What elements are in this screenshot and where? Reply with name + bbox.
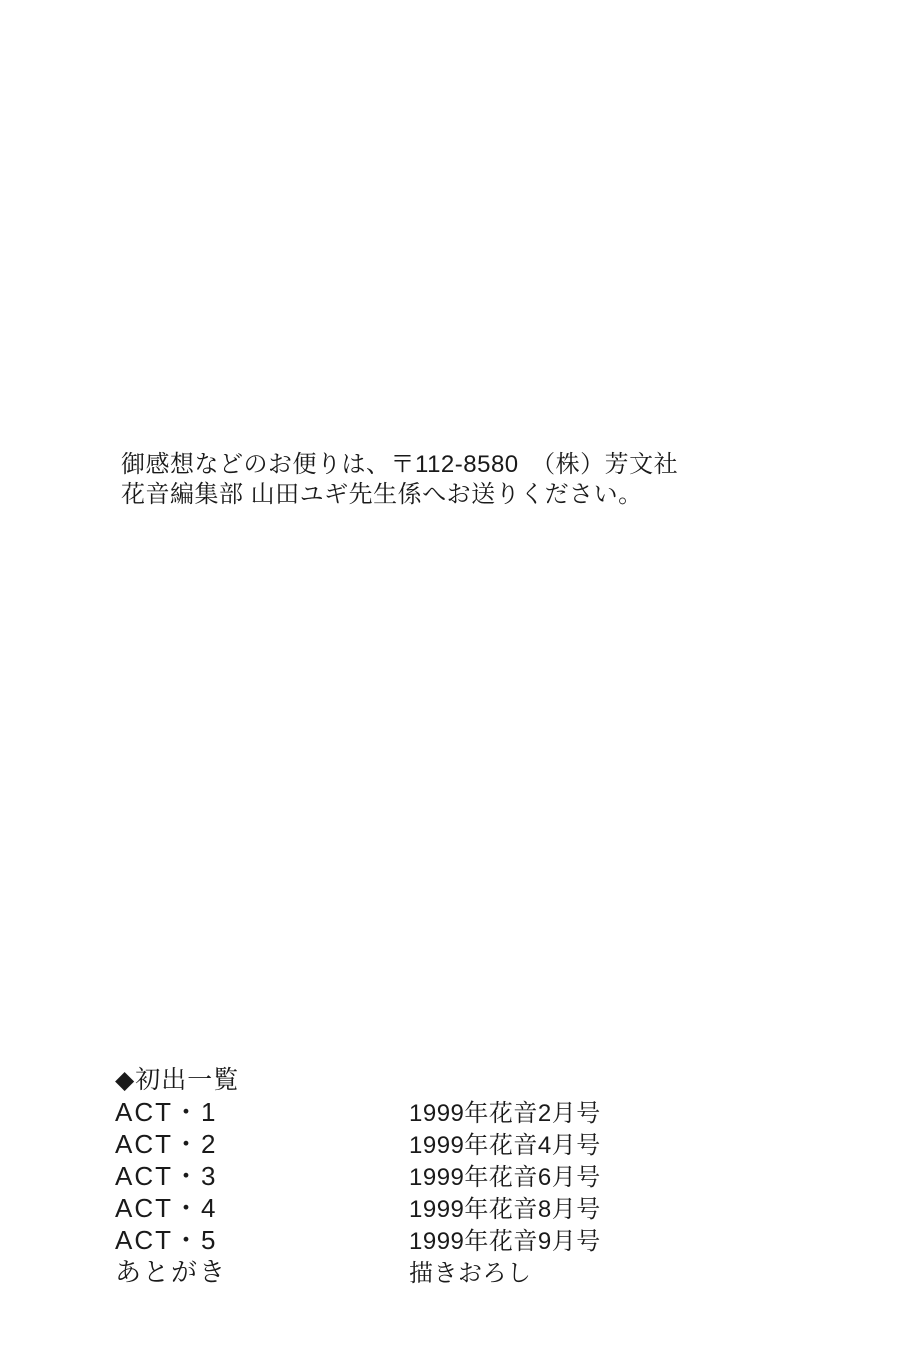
- credit-row-value: 1999年花音8月号: [409, 1194, 601, 1225]
- credit-row-label: ACT・1: [115, 1097, 409, 1128]
- first-publication-list: ◆初出一覧 ACT・1 1999年花音2月号 ACT・2 1999年花音4月号 …: [115, 1066, 601, 1289]
- credit-row: ACT・5 1999年花音9月号: [115, 1225, 601, 1257]
- contact-note-line2: 花音編集部 山田ユギ先生係へお送りください。: [121, 480, 678, 510]
- credit-row: ACT・2 1999年花音4月号: [115, 1129, 601, 1161]
- credit-row-label: ACT・2: [115, 1129, 409, 1160]
- credit-row-value: 1999年花音4月号: [409, 1130, 601, 1161]
- credit-row-value: 1999年花音2月号: [409, 1098, 601, 1129]
- credit-row-label: ACT・3: [115, 1161, 409, 1192]
- credit-row: あとがき 描きおろし: [115, 1257, 601, 1289]
- credit-row: ACT・1 1999年花音2月号: [115, 1097, 601, 1129]
- book-page: 御感想などのお便りは、〒112-8580 （株）芳文社 花音編集部 山田ユギ先生…: [0, 0, 920, 1360]
- contact-note-line1: 御感想などのお便りは、〒112-8580 （株）芳文社: [121, 450, 678, 480]
- credit-row-value: 1999年花音9月号: [409, 1226, 601, 1257]
- contact-note: 御感想などのお便りは、〒112-8580 （株）芳文社 花音編集部 山田ユギ先生…: [121, 450, 678, 510]
- credit-row: ACT・4 1999年花音8月号: [115, 1193, 601, 1225]
- credit-row-label: ACT・5: [115, 1225, 409, 1256]
- credit-row-value: 1999年花音6月号: [409, 1162, 601, 1193]
- credit-row-label: ACT・4: [115, 1193, 409, 1224]
- credit-row-value: 描きおろし: [409, 1258, 532, 1289]
- credit-row: ACT・3 1999年花音6月号: [115, 1161, 601, 1193]
- first-publication-heading: ◆初出一覧: [115, 1066, 601, 1094]
- credit-row-label: あとがき: [115, 1257, 409, 1288]
